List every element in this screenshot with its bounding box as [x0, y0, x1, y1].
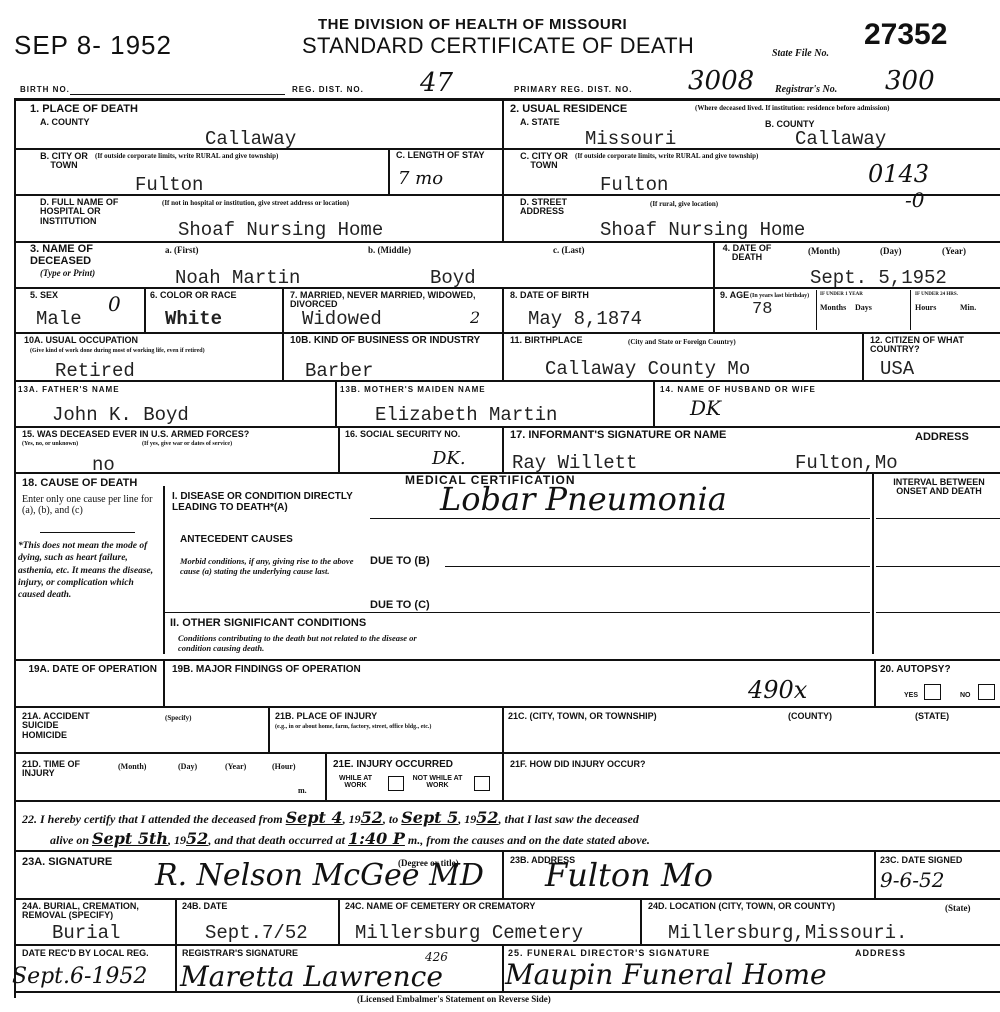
mother-label: 13b. MOTHER'S MAIDEN NAME: [340, 386, 486, 394]
middle-label: b. (Middle): [368, 245, 411, 255]
father-label: 13a. FATHER'S NAME: [18, 386, 120, 394]
cemetery-name: Millersburg Cemetery: [355, 922, 583, 944]
informant-address-label: ADDRESS: [915, 432, 969, 444]
hospital-label: d. FULL NAME OF HOSPITAL OR INSTITUTION: [40, 198, 158, 226]
dob-label: 8. DATE OF BIRTH: [510, 291, 589, 300]
birthplace-label: 11. BIRTHPLACE: [510, 336, 583, 345]
reg-dist-number: 47: [420, 68, 453, 98]
deceased-first-middle: Noah Martin: [175, 267, 300, 289]
cause-label: 18. CAUSE OF DEATH: [22, 478, 137, 490]
residence-county: Callaway: [795, 128, 886, 150]
length-of-stay: 7 mo: [398, 168, 443, 189]
deceased-last: Boyd: [430, 267, 476, 289]
date-of-birth: May 8,1874: [528, 308, 642, 330]
certification-statement: 22. I hereby certify that I attended the…: [22, 808, 639, 827]
signature-label: 23a. SIGNATURE: [22, 857, 112, 869]
residence-city: Fulton: [600, 174, 668, 196]
place-of-injury-label: 21b. PLACE OF INJURY: [275, 712, 377, 721]
hours-label: Hours: [915, 303, 936, 312]
informant-label: 17. INFORMANT'S SIGNATURE OR NAME: [510, 430, 726, 442]
not-at-work-label: NOT WHILE AT WORK: [410, 775, 465, 790]
date-received-label: DATE REC'D BY LOCAL REG.: [22, 949, 170, 958]
primary-reg-label: PRIMARY REG. DIST. NO.: [514, 86, 632, 94]
ss-label: 16. SOCIAL SECURITY NO.: [345, 430, 495, 439]
residence-city-note: (If outside corporate limits, write RURA…: [575, 152, 905, 160]
location-label: 24d. LOCATION (City, town, or county): [648, 902, 835, 911]
residence-code-2: -0: [905, 188, 924, 212]
antecedent-note: Morbid conditions, if any, giving rise t…: [180, 557, 370, 577]
injury-state-label: (STATE): [915, 712, 949, 721]
residence-state: Missouri: [585, 128, 676, 150]
age-note: (In years last birthday): [750, 293, 815, 299]
dod-day-label: (Day): [880, 246, 902, 256]
death-city: Fulton: [135, 174, 203, 196]
embalmer-note: (Licensed Embalmer's Statement on Revers…: [357, 994, 551, 1004]
op-findings-label: 19b. MAJOR FINDINGS OF OPERATION: [172, 665, 361, 676]
dod-month-label: (Month): [808, 246, 840, 256]
date-received: Sept.6-1952: [12, 964, 147, 989]
citizen: USA: [880, 358, 914, 380]
registrar-number: 300: [885, 66, 935, 96]
street-note: (If rural, give location): [650, 200, 718, 208]
residence-street: Shoaf Nursing Home: [600, 219, 805, 241]
physician-address: Fulton Mo: [545, 856, 713, 894]
funeral-director-signature: Maupin Funeral Home: [505, 958, 827, 991]
degree-label: (Degree or title): [398, 858, 459, 868]
business: Barber: [305, 360, 373, 382]
funeral-address-label: ADDRESS: [855, 949, 906, 958]
deceased-name-note: (Type or Print): [40, 268, 95, 278]
cemetery-label: 24c. NAME OF CEMETERY OR CREMATORY: [345, 902, 535, 911]
armed-note-2: (If yes, give war or dates of service): [142, 441, 232, 447]
injury-county-label: (COUNTY): [788, 712, 832, 721]
burial-date-label: 24b. DATE: [182, 902, 227, 911]
injury-city-label: 21c. (CITY, TOWN, OR TOWNSHIP): [508, 712, 657, 721]
injury-hour-label: (Hour): [272, 762, 296, 771]
state-file-number: 27352: [864, 18, 947, 52]
burial-type-label: 24a. BURIAL, CREMATION, REMOVAL (Specify…: [22, 902, 172, 921]
time-of-injury-label: 21d. TIME OF INJURY: [22, 760, 92, 779]
armed-forces-label: 15. WAS DECEASED EVER IN U.S. ARMED FORC…: [22, 430, 249, 439]
autopsy-no-checkbox[interactable]: [978, 684, 995, 700]
registrar-signature: Maretta Lawrence: [180, 960, 443, 993]
burial-date: Sept.7/52: [205, 922, 308, 944]
sex: Male: [36, 308, 82, 330]
spouse-name: DK: [690, 396, 721, 420]
disease: Lobar Pneumonia: [440, 480, 727, 518]
age: 78: [752, 300, 772, 319]
age-label: 9. AGE: [720, 291, 749, 300]
death-city-label: b. CITY OR TOWN: [40, 152, 88, 171]
burial-type: Burial: [52, 922, 120, 944]
occupation-label: 10a. USUAL OCCUPATION: [24, 336, 138, 345]
hospital-note: (If not in hospital or institution, give…: [162, 199, 502, 207]
registrar-no-label: Registrar's No.: [775, 84, 837, 95]
street-label: d. STREET ADDRESS: [520, 198, 580, 217]
deceased-name-label: 3. NAME OF DECEASED: [30, 244, 130, 267]
death-time: 1:40 P: [348, 829, 405, 848]
father-name: John K. Boyd: [52, 404, 189, 426]
length-of-stay-label: c. LENGTH OF STAY: [396, 151, 496, 160]
under-24-hrs-label: IF UNDER 24 HRS.: [915, 292, 958, 297]
race: White: [165, 308, 222, 330]
not-at-work-checkbox[interactable]: [474, 776, 490, 791]
last-label: c. (Last): [553, 245, 585, 255]
occupation-note: (Give kind of work done during most of w…: [30, 348, 280, 354]
marital-status: Widowed: [302, 308, 382, 330]
date-of-death-label: 4. DATE OF DEATH: [722, 244, 772, 263]
agency-name: THE DIVISION OF HEALTH OF MISSOURI: [318, 16, 627, 33]
birthplace-note: (City and State or Foreign Country): [628, 338, 736, 346]
dod-year-label: (Year): [942, 246, 966, 256]
residence-code: 0143: [868, 160, 929, 188]
marital-mark: 2: [470, 308, 480, 327]
alive-on: Sept 5th: [92, 829, 168, 848]
cause-footnote: *This does not mean the mode of dying, s…: [18, 540, 158, 602]
injury-month-label: (Month): [118, 762, 146, 771]
days-label: Days: [855, 303, 872, 312]
death-county: Callaway: [205, 128, 296, 150]
certification-statement-2: alive on Sept 5th, 1952, and that death …: [50, 829, 650, 848]
place-of-death-heading: 1. PLACE OF DEATH: [30, 104, 138, 116]
mother-name: Elizabeth Martin: [375, 404, 557, 426]
registrar-signature-label: REGISTRAR'S SIGNATURE: [182, 949, 298, 958]
autopsy-yes-label: YES: [904, 692, 918, 699]
informant-address: Fulton,Mo: [795, 452, 898, 474]
residence-note: (Where deceased lived. If institution: r…: [695, 104, 998, 112]
injury-m-label: m.: [298, 786, 307, 795]
residence-state-label: a. STATE: [520, 118, 560, 127]
min-label: Min.: [960, 303, 976, 312]
birth-no-label: BIRTH NO.: [20, 86, 70, 94]
antecedent-label: ANTECEDENT CAUSES: [180, 535, 293, 546]
other-conditions-note: Conditions contributing to the death but…: [178, 634, 448, 654]
received-stamp: SEP 8- 1952: [14, 30, 172, 61]
registrar-code: 426: [425, 950, 448, 964]
occupation: Retired: [55, 360, 135, 382]
accident-label: 21a. ACCIDENT SUICIDE HOMICIDE: [22, 712, 102, 740]
date-signed: 9-6-52: [880, 868, 944, 892]
injury-occurred-label: 21e. INJURY OCCURRED: [333, 760, 453, 771]
death-county-label: a. COUNTY: [40, 118, 90, 127]
first-label: a. (First): [165, 245, 199, 255]
primary-reg-number: 3008: [688, 66, 754, 96]
op-date-label: 19a. DATE OF OPERATION: [22, 665, 157, 676]
cause-note: Enter only one cause per line for (a), (…: [22, 494, 162, 516]
sex-mark: 0: [108, 292, 121, 316]
location-state-label: (State): [945, 903, 971, 913]
how-injury-label: 21f. HOW DID INJURY OCCUR?: [510, 760, 646, 769]
disease-label: I. DISEASE OR CONDITION DIRECTLY LEADING…: [172, 492, 372, 513]
race-label: 6. COLOR OR RACE: [150, 291, 237, 300]
due-to-c-label: DUE TO (c): [370, 600, 430, 612]
injury-day-label: (Day): [178, 762, 197, 771]
injury-year-label: (Year): [225, 762, 246, 771]
attended-from: Sept 4: [286, 808, 343, 827]
autopsy-no-label: NO: [960, 692, 971, 699]
citizen-label: 12. CITIZEN OF WHAT COUNTRY?: [870, 336, 1000, 355]
attended-to: Sept 5: [401, 808, 458, 827]
burial-location: Millersburg,Missouri.: [668, 922, 907, 944]
residence-heading: 2. USUAL RESIDENCE: [510, 104, 627, 116]
autopsy-label: 20. AUTOPSY?: [880, 665, 951, 676]
state-file-label: State File No.: [772, 48, 829, 59]
spouse-label: 14. NAME OF HUSBAND OR WIFE: [660, 386, 816, 394]
hospital-name: Shoaf Nursing Home: [178, 219, 383, 241]
death-city-note: (If outside corporate limits, write RURA…: [95, 152, 385, 160]
date-signed-label: 23c. DATE SIGNED: [880, 856, 962, 865]
accident-specify: (Specify): [165, 714, 191, 722]
other-conditions-label: II. OTHER SIGNIFICANT CONDITIONS: [170, 618, 366, 630]
autopsy-yes-checkbox[interactable]: [924, 684, 941, 700]
months-label: Months: [820, 303, 846, 312]
place-of-injury-note: (e.g., in or about home, farm, factory, …: [275, 724, 505, 730]
armed-note-1: (Yes, no, or unknown): [22, 441, 78, 447]
residence-city-label: c. CITY OR TOWN: [520, 152, 568, 171]
certificate-title: STANDARD CERTIFICATE OF DEATH: [302, 33, 694, 59]
reg-dist-label: REG. DIST. NO.: [292, 86, 364, 94]
op-code: 490x: [748, 676, 807, 704]
at-work-checkbox[interactable]: [388, 776, 404, 791]
at-work-label: WHILE AT WORK: [333, 775, 378, 790]
due-to-b-label: DUE TO (b): [370, 556, 430, 568]
social-security: DK.: [432, 448, 466, 469]
date-of-death: Sept. 5,1952: [810, 267, 947, 289]
interval-label: INTERVAL BETWEEN ONSET AND DEATH: [880, 478, 998, 497]
sex-label: 5. SEX: [30, 291, 58, 300]
informant-name: Ray Willett: [512, 452, 637, 474]
business-label: 10b. KIND OF BUSINESS OR INDUSTRY: [290, 336, 495, 347]
birthplace: Callaway County Mo: [545, 358, 750, 380]
under-1-year-label: IF UNDER 1 YEAR: [820, 292, 863, 297]
